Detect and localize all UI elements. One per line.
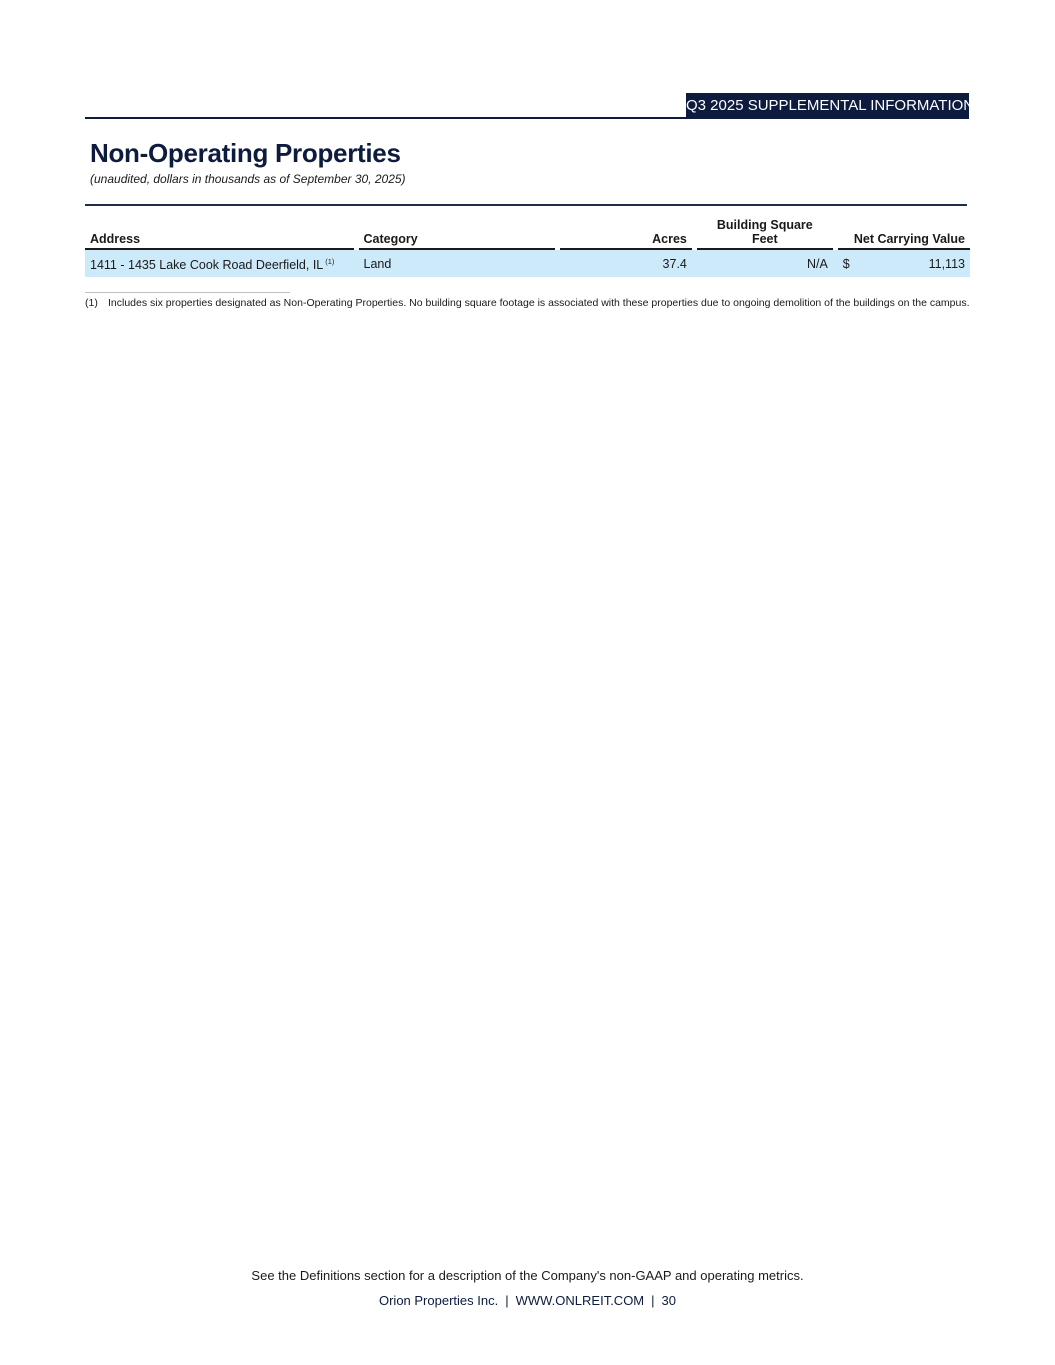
footnote: (1) Includes six properties designated a… [85,296,975,311]
footnote-text: Includes six properties designated as No… [108,296,975,311]
cell-building-square-feet: N/A [697,250,833,277]
column-header-address: Address [85,212,354,250]
page-number: 30 [662,1293,676,1308]
page-subtitle: (unaudited, dollars in thousands as of S… [90,172,406,186]
footer-line: Orion Properties Inc.|WWW.ONLREIT.COM|30 [0,1293,1055,1308]
header-rule [85,117,686,119]
footer-separator: | [651,1293,654,1308]
column-header-building-square-feet-line2: Feet [752,232,778,246]
table-header-row: Address Category Acres Building Square F… [85,212,970,250]
footer-company: Orion Properties Inc. [379,1293,498,1308]
column-header-building-square-feet: Building Square Feet [697,212,833,250]
footnote-rule [85,292,290,293]
column-header-building-square-feet-line1: Building Square [717,218,813,232]
column-header-net-carrying-value: Net Carrying Value [838,212,970,250]
column-header-category: Category [359,212,556,250]
footer-separator: | [505,1293,508,1308]
non-operating-properties-table: Address Category Acres Building Square F… [85,212,970,277]
report-period-badge: Q3 2025 SUPPLEMENTAL INFORMATION [686,93,969,119]
cell-net-carrying-value: $ 11,113 [838,250,970,277]
footnote-number: (1) [85,296,108,311]
table-row: 1411 - 1435 Lake Cook Road Deerfield, IL… [85,250,970,277]
net-carrying-value-amount: 11,113 [929,252,965,276]
cell-acres: 37.4 [560,250,692,277]
footer-website-link[interactable]: WWW.ONLREIT.COM [516,1293,645,1308]
title-rule [85,204,967,206]
address-text: 1411 - 1435 Lake Cook Road Deerfield, IL [90,258,323,272]
currency-symbol: $ [843,252,850,276]
footnote-marker: (1) [325,257,334,266]
page-title: Non-Operating Properties [90,138,401,169]
cell-address: 1411 - 1435 Lake Cook Road Deerfield, IL… [85,250,354,277]
column-header-acres: Acres [560,212,692,250]
footer-definitions-note: See the Definitions section for a descri… [0,1268,1055,1283]
cell-category: Land [359,250,556,277]
